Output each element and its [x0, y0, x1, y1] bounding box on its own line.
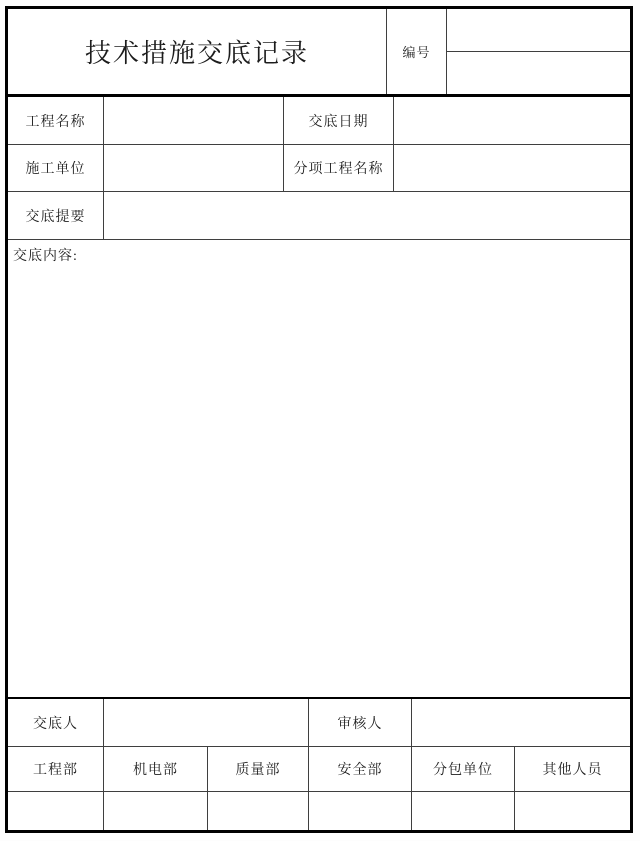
subitem-project-name-label: 分项工程名称 — [283, 145, 393, 191]
form-title: 技术措施交底记录 — [8, 9, 386, 94]
dept-mechanical-electrical-label: 机电部 — [103, 747, 207, 791]
signature-cell-safety[interactable] — [308, 792, 411, 830]
project-name-input[interactable] — [103, 97, 283, 144]
number-input-bottom[interactable] — [447, 52, 630, 94]
dept-safety-label: 安全部 — [308, 747, 411, 791]
project-info-row: 工程名称 交底日期 — [8, 97, 630, 145]
number-value-cell — [446, 9, 630, 94]
signature-cell-subcontractor[interactable] — [411, 792, 514, 830]
reviewer-input[interactable] — [411, 699, 630, 746]
construction-unit-input[interactable] — [103, 145, 283, 191]
form-page: 技术措施交底记录 编号 工程名称 交底日期 施工单位 分项工程名称 交底提要 — [0, 0, 640, 841]
disclosure-summary-label: 交底提要 — [8, 192, 103, 239]
reviewer-label: 审核人 — [308, 699, 411, 746]
dept-quality-label: 质量部 — [207, 747, 308, 791]
summary-row: 交底提要 — [8, 192, 630, 240]
dept-other-personnel-label: 其他人员 — [514, 747, 630, 791]
disclosure-date-input[interactable] — [393, 97, 630, 144]
discloser-label: 交底人 — [8, 699, 103, 746]
disclosure-content-label: 交底内容: — [13, 249, 78, 264]
signature-cell-mechanical-electrical[interactable] — [103, 792, 207, 830]
signature-cell-other-personnel[interactable] — [514, 792, 630, 830]
dept-subcontractor-label: 分包单位 — [411, 747, 514, 791]
construction-unit-label: 施工单位 — [8, 145, 103, 191]
disclosure-summary-input[interactable] — [103, 192, 630, 239]
number-input-top[interactable] — [447, 9, 630, 52]
signature-cell-engineering[interactable] — [8, 792, 103, 830]
disclosure-record-table: 技术措施交底记录 编号 工程名称 交底日期 施工单位 分项工程名称 交底提要 — [5, 6, 633, 833]
department-header-row: 工程部 机电部 质量部 安全部 分包单位 其他人员 — [8, 747, 630, 792]
signature-row — [8, 792, 630, 830]
discloser-row: 交底人 审核人 — [8, 699, 630, 747]
disclosure-date-label: 交底日期 — [283, 97, 393, 144]
subitem-project-name-input[interactable] — [393, 145, 630, 191]
discloser-input[interactable] — [103, 699, 308, 746]
signature-cell-quality[interactable] — [207, 792, 308, 830]
header-row: 技术措施交底记录 编号 — [8, 9, 630, 97]
project-name-label: 工程名称 — [8, 97, 103, 144]
dept-engineering-label: 工程部 — [8, 747, 103, 791]
disclosure-content-area[interactable]: 交底内容: — [8, 240, 630, 697]
number-label: 编号 — [386, 9, 446, 94]
unit-info-row: 施工单位 分项工程名称 — [8, 145, 630, 192]
content-row: 交底内容: — [8, 240, 630, 699]
